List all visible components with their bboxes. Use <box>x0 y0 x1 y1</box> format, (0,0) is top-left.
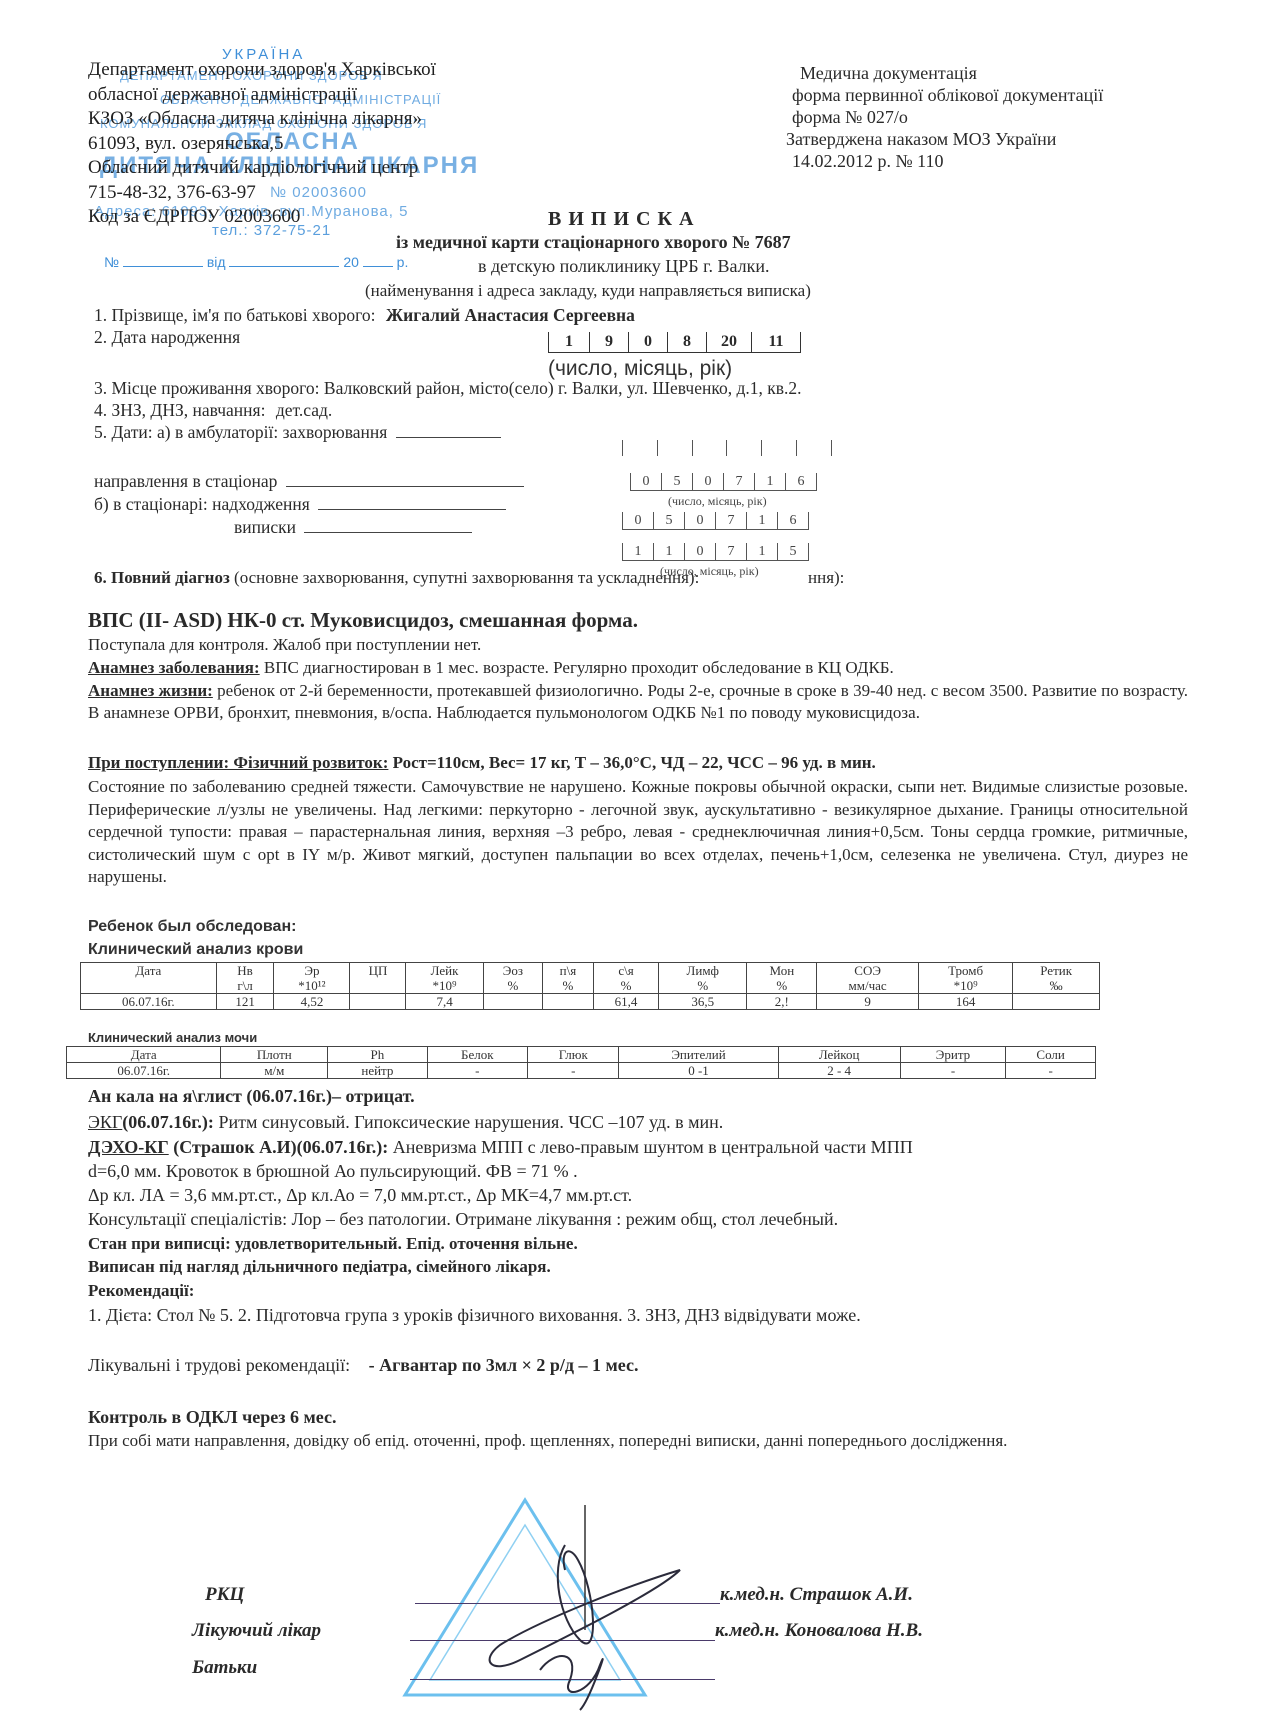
table-header-cell: Глюк <box>528 1047 619 1063</box>
table-header-cell: Мон% <box>747 963 817 994</box>
table-cell: 06.07.16г. <box>81 994 217 1010</box>
table-header-cell: Ph <box>328 1047 427 1063</box>
table-header-cell: Лейк*10⁹ <box>406 963 483 994</box>
table-header-cell: Нвг\л <box>216 963 274 994</box>
dob-label: 2. Дата народження <box>94 327 240 348</box>
table-cell: 36,5 <box>659 994 747 1010</box>
admission-row: б) в стаціонарі: надходження <box>94 494 506 515</box>
table-header-cell: Дата <box>81 963 217 994</box>
table-header-cell: Плотн <box>221 1047 328 1063</box>
table-header-cell: Лимф% <box>659 963 747 994</box>
consultations: Консультації спеціалістів: Лор – без пат… <box>88 1209 1188 1231</box>
table-cell: - <box>1006 1063 1096 1079</box>
echo: ДЭХО-КГ (Страшок А.И)(06.07.16г.): Аневр… <box>88 1137 1188 1159</box>
registration-line: № від 20 р. <box>104 254 408 270</box>
table-cell <box>543 994 594 1010</box>
blood-test-title: Клинический анализ крови <box>88 941 303 959</box>
discharge-date-boxes: 1 1 0 7 1 5 <box>622 543 809 561</box>
table-cell: м/м <box>221 1063 328 1079</box>
table-header-cell: Эр*10¹² <box>274 963 350 994</box>
table-cell: 61,4 <box>593 994 658 1010</box>
table-cell <box>350 994 406 1010</box>
table-row: 06.07.16г.1214,527,461,436,52,!9164 <box>81 994 1100 1010</box>
table-cell: - <box>528 1063 619 1079</box>
bring-documents: При собі мати направлення, довідку об еп… <box>88 1430 1128 1452</box>
table-header-cell: п\я% <box>543 963 594 994</box>
table-cell: 164 <box>918 994 1012 1010</box>
patient-name: Жигалий Анастасия Сергеевна <box>386 305 635 325</box>
destination-caption: (найменування і адреса закладу, куди нап… <box>365 281 811 301</box>
dates-row: 5. Дати: а) в амбулаторії: захворювання <box>94 422 501 443</box>
table-cell: 0 -1 <box>619 1063 778 1079</box>
anamnesis-disease: Анамнез заболевания: ВПС диагностирован … <box>88 657 1188 679</box>
table-cell: - <box>900 1063 1006 1079</box>
table-cell <box>483 994 542 1010</box>
form-header-line: форма первинної облікової документації <box>792 84 1103 106</box>
form-header-line: Затверджена наказом МОЗ України <box>786 128 1103 150</box>
institution-header: Департамент охорони здоров'я Харківської… <box>88 58 436 230</box>
table-header-cell: Белок <box>427 1047 528 1063</box>
stool-test: Ан кала на я\глист (06.07.16г.)– отрицат… <box>88 1086 415 1107</box>
diagnosis-label: 6. Повний діагноз (основне захворювання,… <box>94 568 834 588</box>
table-cell: нейтр <box>328 1063 427 1079</box>
table-cell: 06.07.16г. <box>67 1063 221 1079</box>
table-cell: 2 - 4 <box>778 1063 900 1079</box>
echo-line-2: d=6,0 мм. Кровоток в брюшной Ао пульсиру… <box>88 1161 1188 1183</box>
ecg: ЭКГ(06.07.16г.): Ритм синусовый. Гипокси… <box>88 1112 1188 1134</box>
date-caption: (число, місяць, рік) <box>668 494 767 509</box>
table-header-cell: ЦП <box>350 963 406 994</box>
table-header-cell: СОЭмм/час <box>817 963 919 994</box>
discharged-to: Виписан під нагляд дільничного педіатра,… <box>88 1256 1188 1278</box>
table-cell <box>1013 994 1100 1010</box>
table-header-cell: Соли <box>1006 1047 1096 1063</box>
echo-line-3: Δр кл. ЛА = 3,6 мм.рт.ст., Δр кл.Ао = 7,… <box>88 1185 1188 1207</box>
ambulatory-date-boxes <box>622 440 832 456</box>
discharge-state: Стан при виписці: удовлетворительный. Еп… <box>88 1233 1188 1255</box>
table-header-cell: Лейкоц <box>778 1047 900 1063</box>
objective-status: Состояние по заболеванию средней тяжести… <box>88 776 1188 889</box>
document-title: ВИПИСКА <box>548 208 700 231</box>
table-header-row: ДатаПлотнPhБелокГлюкЭпителийЛейкоцЭритрС… <box>67 1047 1096 1063</box>
recommendations-title: Рекомендації: <box>88 1280 1188 1302</box>
header-line: Обласний дитячий кардіологічний центр <box>88 156 436 181</box>
table-header-cell: Тромб*10⁹ <box>918 963 1012 994</box>
form-header-line: форма № 027/о <box>792 106 1103 128</box>
blood-test-table: Дата Нвг\лЭр*10¹²ЦП Лейк*10⁹Эоз%п\я%с\я%… <box>80 962 1100 1010</box>
table-header-cell: с\я% <box>593 963 658 994</box>
document-subtitle: із медичної карти стаціонарного хворого … <box>396 232 791 253</box>
table-header-cell: Эритр <box>900 1047 1006 1063</box>
form-header-line: 14.02.2012 р. № 110 <box>792 150 1103 172</box>
treatment-recommendations: Лікувальні і трудові рекомендації: - Агв… <box>88 1355 1188 1377</box>
signature-role: Лікуючий лікар <box>192 1620 321 1642</box>
dob-boxes: 1 9 0 8 20 11 <box>548 332 801 353</box>
table-cell: 9 <box>817 994 919 1010</box>
diagnosis: ВПС (II- ASD) НК-0 ст. Муковисцидоз, сме… <box>88 608 638 633</box>
table-header-cell: Ретик‰ <box>1013 963 1100 994</box>
table-row: 06.07.16г.м/мнейтр--0 -12 - 4-- <box>67 1063 1096 1079</box>
signature-role: РКЦ <box>205 1584 244 1606</box>
table-cell: 2,! <box>747 994 817 1010</box>
table-header-cell: Дата <box>67 1047 221 1063</box>
on-admission: При поступлении: Фізичний розвиток: Рост… <box>88 752 1188 774</box>
residence-value: Валковский район, місто(село) г. Валки, … <box>324 378 802 398</box>
signature-scribble-icon <box>460 1500 700 1712</box>
discharge-row: виписки <box>234 517 472 538</box>
residence-row: 3. Місце проживання хворого: Валковский … <box>94 378 802 399</box>
examined-heading: Ребенок был обследован: <box>88 918 296 936</box>
header-line: Код за ЄДРПОУ 02003600 <box>88 205 436 230</box>
signature-name: к.мед.н. Коновалова Н.В. <box>715 1620 923 1642</box>
table-header-row: Дата Нвг\лЭр*10¹²ЦП Лейк*10⁹Эоз%п\я%с\я%… <box>81 963 1100 994</box>
form-header-line: Медична документація <box>792 62 1103 84</box>
referral-row: направлення в стаціонар <box>94 471 524 492</box>
header-line: КЗОЗ «Обласна дитяча клінічна лікарня» <box>88 107 436 132</box>
urine-test-title: Клинический анализ мочи <box>88 1030 257 1045</box>
anamnesis-life: Анамнез жизни: ребенок от 2-й беременнос… <box>88 680 1188 723</box>
patient-name-row: 1. Прізвище, ім'я по батькові хворого: Ж… <box>94 305 635 326</box>
header-line: обласної державної адміністрації <box>88 83 436 108</box>
signature-role: Батьки <box>192 1657 257 1679</box>
destination: в детскую поликлинику ЦРБ г. Валки. <box>478 256 770 277</box>
table-header-cell: Эпителий <box>619 1047 778 1063</box>
signature-name: к.мед.н. Страшок А.И. <box>720 1584 913 1606</box>
header-line: Департамент охорони здоров'я Харківської <box>88 58 436 83</box>
recommendations: 1. Дієта: Стол № 5. 2. Підготовча група … <box>88 1305 1188 1327</box>
control-visit: Контроль в ОДКЛ через 6 мес. <box>88 1407 1188 1429</box>
table-cell: - <box>427 1063 528 1079</box>
admission-reason: Поступала для контроля. Жалоб при поступ… <box>88 634 1188 656</box>
header-line: 715-48-32, 376-63-97 <box>88 181 436 206</box>
referral-date-boxes: 0 5 0 7 1 6 <box>630 473 817 491</box>
urine-test-table: ДатаПлотнPhБелокГлюкЭпителийЛейкоцЭритрС… <box>66 1046 1096 1079</box>
table-cell: 4,52 <box>274 994 350 1010</box>
form-header: Медична документація форма первинної обл… <box>792 62 1103 172</box>
table-cell: 121 <box>216 994 274 1010</box>
table-header-cell: Эоз% <box>483 963 542 994</box>
admission-date-boxes: 0 5 0 7 1 6 <box>622 512 809 530</box>
school-row: 4. ЗНЗ, ДНЗ, навчання: дет.сад. <box>94 400 332 421</box>
table-cell: 7,4 <box>406 994 483 1010</box>
header-line: 61093, вул. озерянська,5 <box>88 132 436 157</box>
